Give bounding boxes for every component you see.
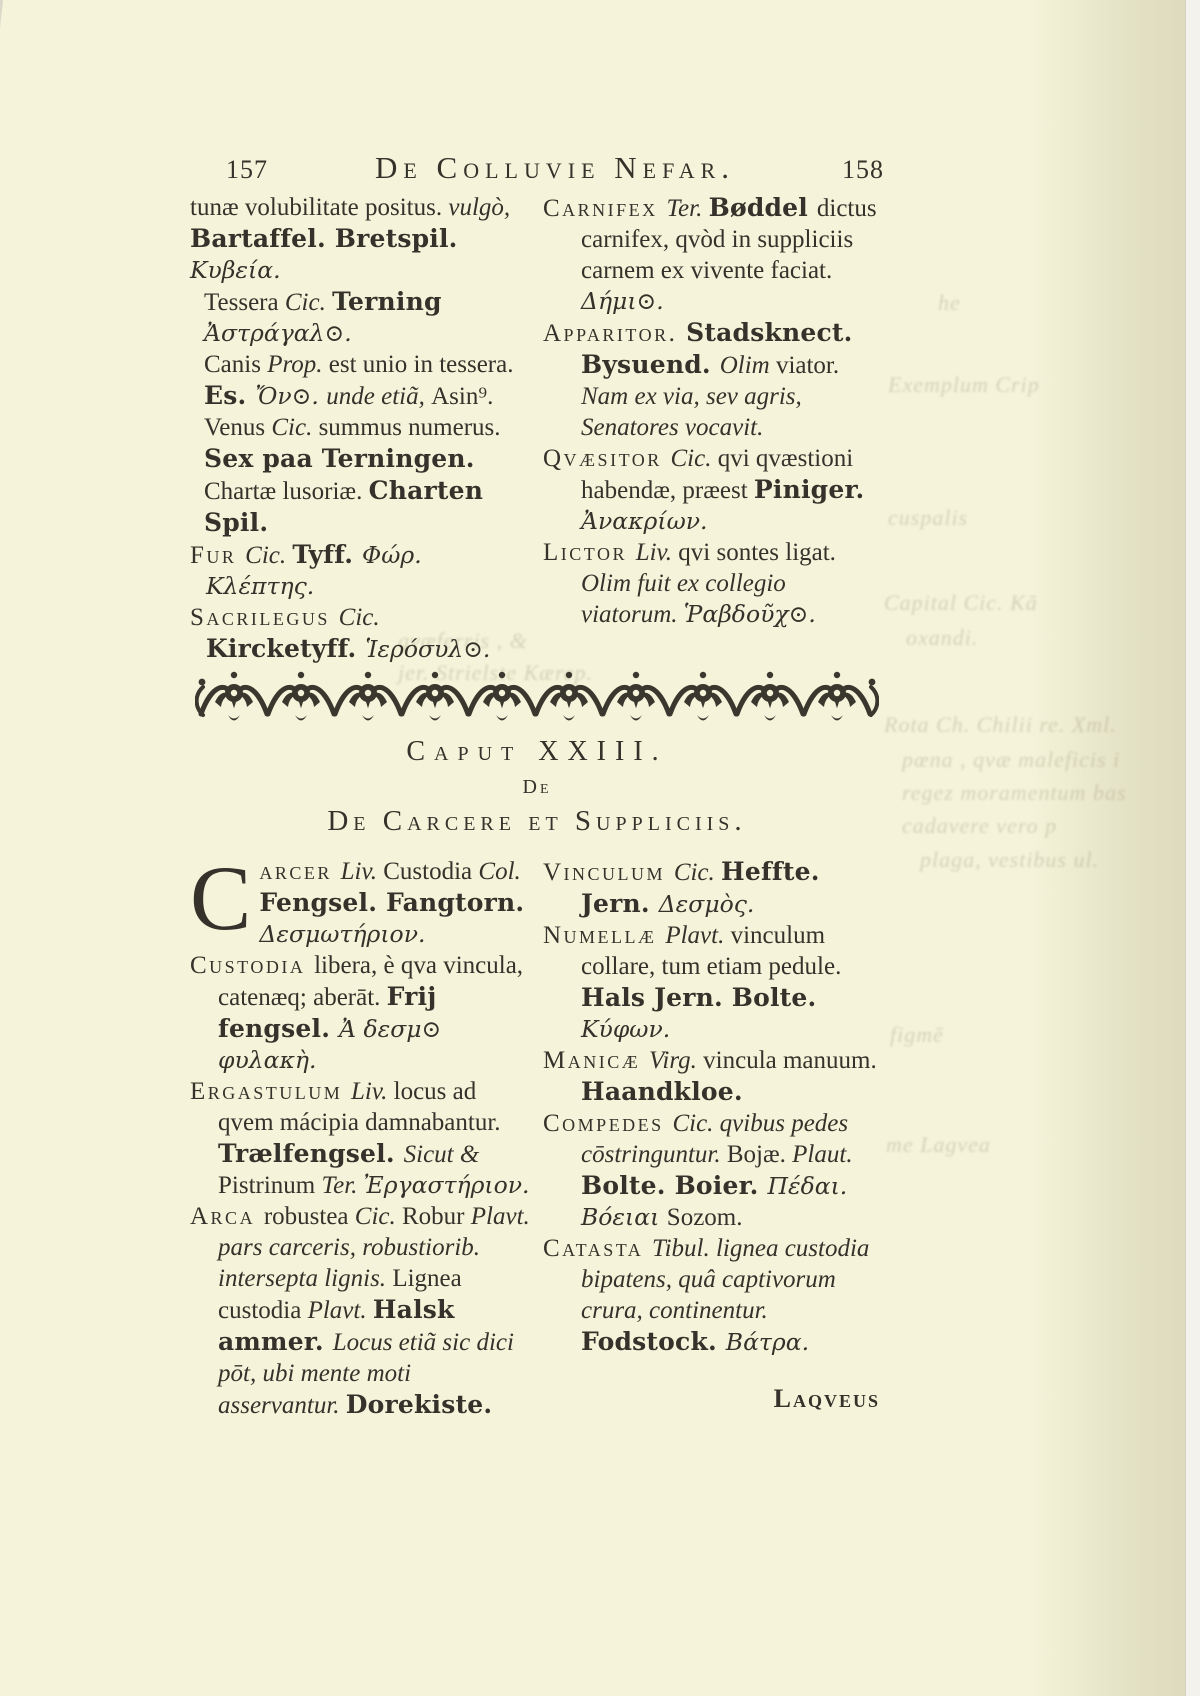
dictionary-entry: Vinculum Cic. Heffte. Jern. Δεσμὸς. <box>543 856 884 920</box>
dictionary-entry: Ergastulum Liv. locus ad qvem mácipia da… <box>190 1076 531 1201</box>
dictionary-entry: Arca robustea Cic. Robur Plavt. pars car… <box>190 1201 531 1421</box>
right-column-bottom: Vinculum Cic. Heffte. Jern. Δεσμὸς.Numel… <box>543 856 884 1421</box>
dictionary-entry: Manicæ Virg. vincula manuum. Haandkloe. <box>543 1045 884 1108</box>
dictionary-entry: Sacrilegus Cic. Kircketyff. Ἱερόσυλ⊙. <box>190 602 531 665</box>
bottom-text-block: Carcer Liv. Custodia Col. Fengsel. Fangt… <box>190 856 884 1421</box>
dictionary-entry: Venus Cic. summus numerus. Sex paa Terni… <box>190 412 531 475</box>
dictionary-entry: Carcer Liv. Custodia Col. Fengsel. Fangt… <box>190 856 531 950</box>
dictionary-entry: Catasta Tibul. lignea custodia bipatens,… <box>543 1233 884 1358</box>
dictionary-entry: Qvæsitor Cic. qvi qvæstioni habendæ, præ… <box>543 443 884 537</box>
page-number-right: 158 <box>842 155 884 185</box>
page-number-left: 157 <box>226 155 268 185</box>
dictionary-entry: Apparitor. Stadsknect. Bysuend. Olim via… <box>543 317 884 443</box>
running-title: De Colluvie Nefar. <box>268 150 842 186</box>
chapter-de-label: De <box>190 776 884 799</box>
top-text-block: tunæ volubilitate positus. vulgò, Bartaf… <box>190 192 884 665</box>
dictionary-entry: Fur Cic. Tyff. Φώρ. Κλέπτης. <box>190 539 531 602</box>
drop-cap-initial: C <box>190 856 259 934</box>
right-column-top: Carnifex Ter. Bøddel dictus carnifex, qv… <box>543 192 884 665</box>
dictionary-entry: tunæ volubilitate positus. vulgò, Bartaf… <box>190 192 531 286</box>
dictionary-entry: Tessera Cic. Terning Ἀστράγαλ⊙. <box>190 286 531 349</box>
scan-edge-strip <box>1185 0 1200 1696</box>
dictionary-entry: Compedes Cic. qvibus pedes cōstringuntur… <box>543 1108 884 1233</box>
page-header: 157 De Colluvie Nefar. 158 <box>190 150 884 186</box>
chapter-title: De Carcere et Suppliciis. <box>190 805 884 838</box>
page-curvature-shadow <box>1028 0 1186 1696</box>
floral-ornament-band <box>195 668 879 728</box>
left-column-top: tunæ volubilitate positus. vulgò, Bartaf… <box>190 192 531 665</box>
dictionary-entry: Lictor Liv. qvi sontes ligat. Olim fuit … <box>543 537 884 630</box>
dictionary-entry: Carnifex Ter. Bøddel dictus carnifex, qv… <box>543 192 884 317</box>
chapter-heading-block: Caput XXIII. De De Carcere et Suppliciis… <box>190 668 884 838</box>
left-column-bottom: Carcer Liv. Custodia Col. Fengsel. Fangt… <box>190 856 531 1421</box>
catchword: Laqveus <box>543 1384 884 1414</box>
dictionary-entry: Canis Prop. est unio in tessera. Es. Ὄν⊙… <box>190 349 531 412</box>
dictionary-entry: Numellæ Plavt. vinculum collare, tum eti… <box>543 920 884 1045</box>
dictionary-entry: Chartæ lusoriæ. Charten Spil. <box>190 475 531 539</box>
chapter-number-heading: Caput XXIII. <box>190 736 884 768</box>
dictionary-entry: Custodia libera, è qva vincula, catenæq;… <box>190 950 531 1076</box>
